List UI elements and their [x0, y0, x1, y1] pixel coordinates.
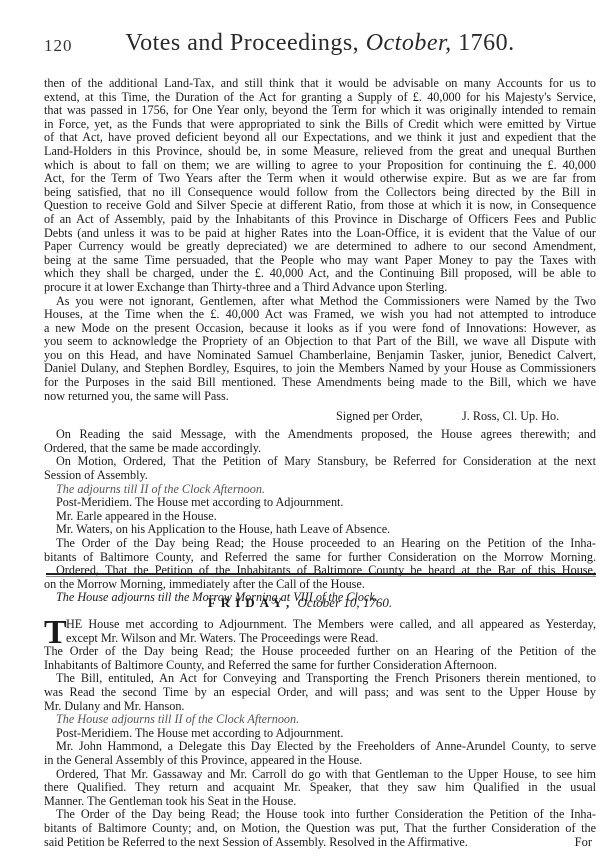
text-line: except Mr. Wilson and Mr. Waters. The Pr… — [44, 632, 596, 646]
text-line: On Reading the said Message, with the Am… — [44, 428, 596, 442]
text-line: on the Morrow Morning, immediately after… — [44, 578, 596, 592]
page-header: 120 Votes and Proceedings, October, 1760… — [44, 30, 596, 60]
text-line: HE House met according to Adjournment. T… — [44, 618, 596, 632]
text-line: Mr. Dulany and Mr. Hanson. — [44, 700, 596, 714]
text-line: Post-Meridiem. The House met according t… — [44, 727, 596, 741]
text-line: Mr. John Hammond, a Delegate this Day El… — [44, 740, 596, 754]
paragraph-2: As you were not ignorant, Gentlemen, aft… — [44, 295, 596, 404]
text-line: there Qualified. They return and acquain… — [44, 781, 596, 795]
text-line: The Order of the Day being Read; the Hou… — [44, 808, 596, 822]
text-line: extend, at this Time, the Duration of th… — [44, 91, 596, 105]
day-heading: FRIDAY, October 10, 1760. — [0, 595, 600, 611]
text-line: of an Act of Assembly, paid by the Inhab… — [44, 213, 596, 227]
text-line: Paper Currency would be greatly deprecia… — [44, 240, 596, 254]
text-line: you seem to acknowledge the Propriety of… — [44, 335, 596, 349]
text-line: of that Act, have proved deficient beyon… — [44, 131, 596, 145]
text-line: The adjourns till II of the Clock Aftern… — [44, 483, 596, 497]
text-line: bitants of Baltimore County, and Referre… — [44, 551, 596, 565]
text-line: in Force, yet, as the Funds that were ap… — [44, 118, 596, 132]
friday-section: T HE House met according to Adjournment.… — [44, 618, 596, 849]
text-line: The Bill, entituled, An Act for Conveyin… — [44, 672, 596, 686]
paragraph-1: then of the additional Land-Tax, and sti… — [44, 77, 596, 295]
text-line: for the Purposes in the said Bill mentio… — [44, 376, 596, 390]
running-title-text: Votes and Proceedings, — [125, 30, 359, 56]
drop-cap: T — [44, 618, 67, 648]
signed-label: Signed per Order, — [336, 410, 423, 424]
text-line: The Order of the Day being Read; the Hou… — [44, 537, 596, 551]
text-line: Post-Meridiem. The House met according t… — [44, 496, 596, 510]
text-line: Houses, at the Time when the £. 40,000 A… — [44, 308, 596, 322]
section-divider — [46, 573, 596, 575]
text-line: Ordered, that the same be made according… — [44, 442, 596, 456]
day-date: October 10, 1760. — [298, 595, 393, 610]
running-title-year: 1760. — [458, 30, 515, 56]
text-line: Land-Holders in this Province, should be… — [44, 145, 596, 159]
paragraph-3: On Reading the said Message, with the Am… — [44, 428, 596, 605]
text-line: procure it at lower Exchange than Thirty… — [44, 281, 596, 295]
text-line: in the General Assembly of this Province… — [44, 754, 596, 768]
text-line: you on this Head, and have Nominated Sam… — [44, 349, 596, 363]
running-title: Votes and Proceedings, October, 1760. — [44, 30, 596, 57]
text-line: Session of Assembly. — [44, 469, 596, 483]
text-line: Daniel Dulany, and Stephen Bordley, Esqu… — [44, 362, 596, 376]
signature-block: Signed per Order, J. Ross, Cl. Up. Ho. — [44, 408, 596, 428]
text-line: Question to receive Gold and Silver Spec… — [44, 199, 596, 213]
text-line: Debts (and unless it was to be paid at h… — [44, 227, 596, 241]
text-line: that was passed in 1756, for One Year on… — [44, 104, 596, 118]
text-line: On Motion, Ordered, That the Petition of… — [44, 455, 596, 469]
text-line: being satisfied, that no ill Consequence… — [44, 186, 596, 200]
running-title-month: October, — [366, 30, 452, 56]
text-line: Act, for the Term of Two Years after the… — [44, 172, 596, 186]
text-line: now returned you, the same will Pass. — [44, 390, 596, 404]
text-line: bitants of Baltimore County; and, on Mot… — [44, 822, 596, 836]
text-line: Inhabitants of Baltimore County, and Ref… — [44, 659, 596, 673]
day-name: FRIDAY, — [208, 595, 294, 610]
text-line: As you were not ignorant, Gentlemen, aft… — [44, 295, 596, 309]
text-line: Mr. Waters, on his Application to the Ho… — [44, 523, 596, 537]
signatory: J. Ross, Cl. Up. Ho. — [462, 410, 559, 424]
catchword: For — [575, 835, 592, 850]
section-divider-thin — [46, 576, 596, 577]
text-line: Mr. Earle appeared in the House. — [44, 510, 596, 524]
text-line: which they shall be charged, under the £… — [44, 267, 596, 281]
text-line: The Order of the Day being Read; the Hou… — [44, 645, 596, 659]
document-page: 120 Votes and Proceedings, October, 1760… — [0, 0, 600, 860]
text-line: a new Mode on the present Occasion, beca… — [44, 322, 596, 336]
message-section: then of the additional Land-Tax, and sti… — [44, 77, 596, 605]
text-line: was Read the second Time by an especial … — [44, 686, 596, 700]
text-line: The House adjourns till II of the Clock … — [44, 713, 596, 727]
text-line: being at the same Time persuaded, that t… — [44, 254, 596, 268]
text-line: then of the additional Land-Tax, and sti… — [44, 77, 596, 91]
text-line: which is about to fall on them; we are w… — [44, 159, 596, 173]
text-line: said Petition be Referred to the next Se… — [44, 836, 596, 850]
text-line: Ordered, That Mr. Gassaway and Mr. Carro… — [44, 768, 596, 782]
text-line: Manner. The Gentleman took his Seat in t… — [44, 795, 596, 809]
